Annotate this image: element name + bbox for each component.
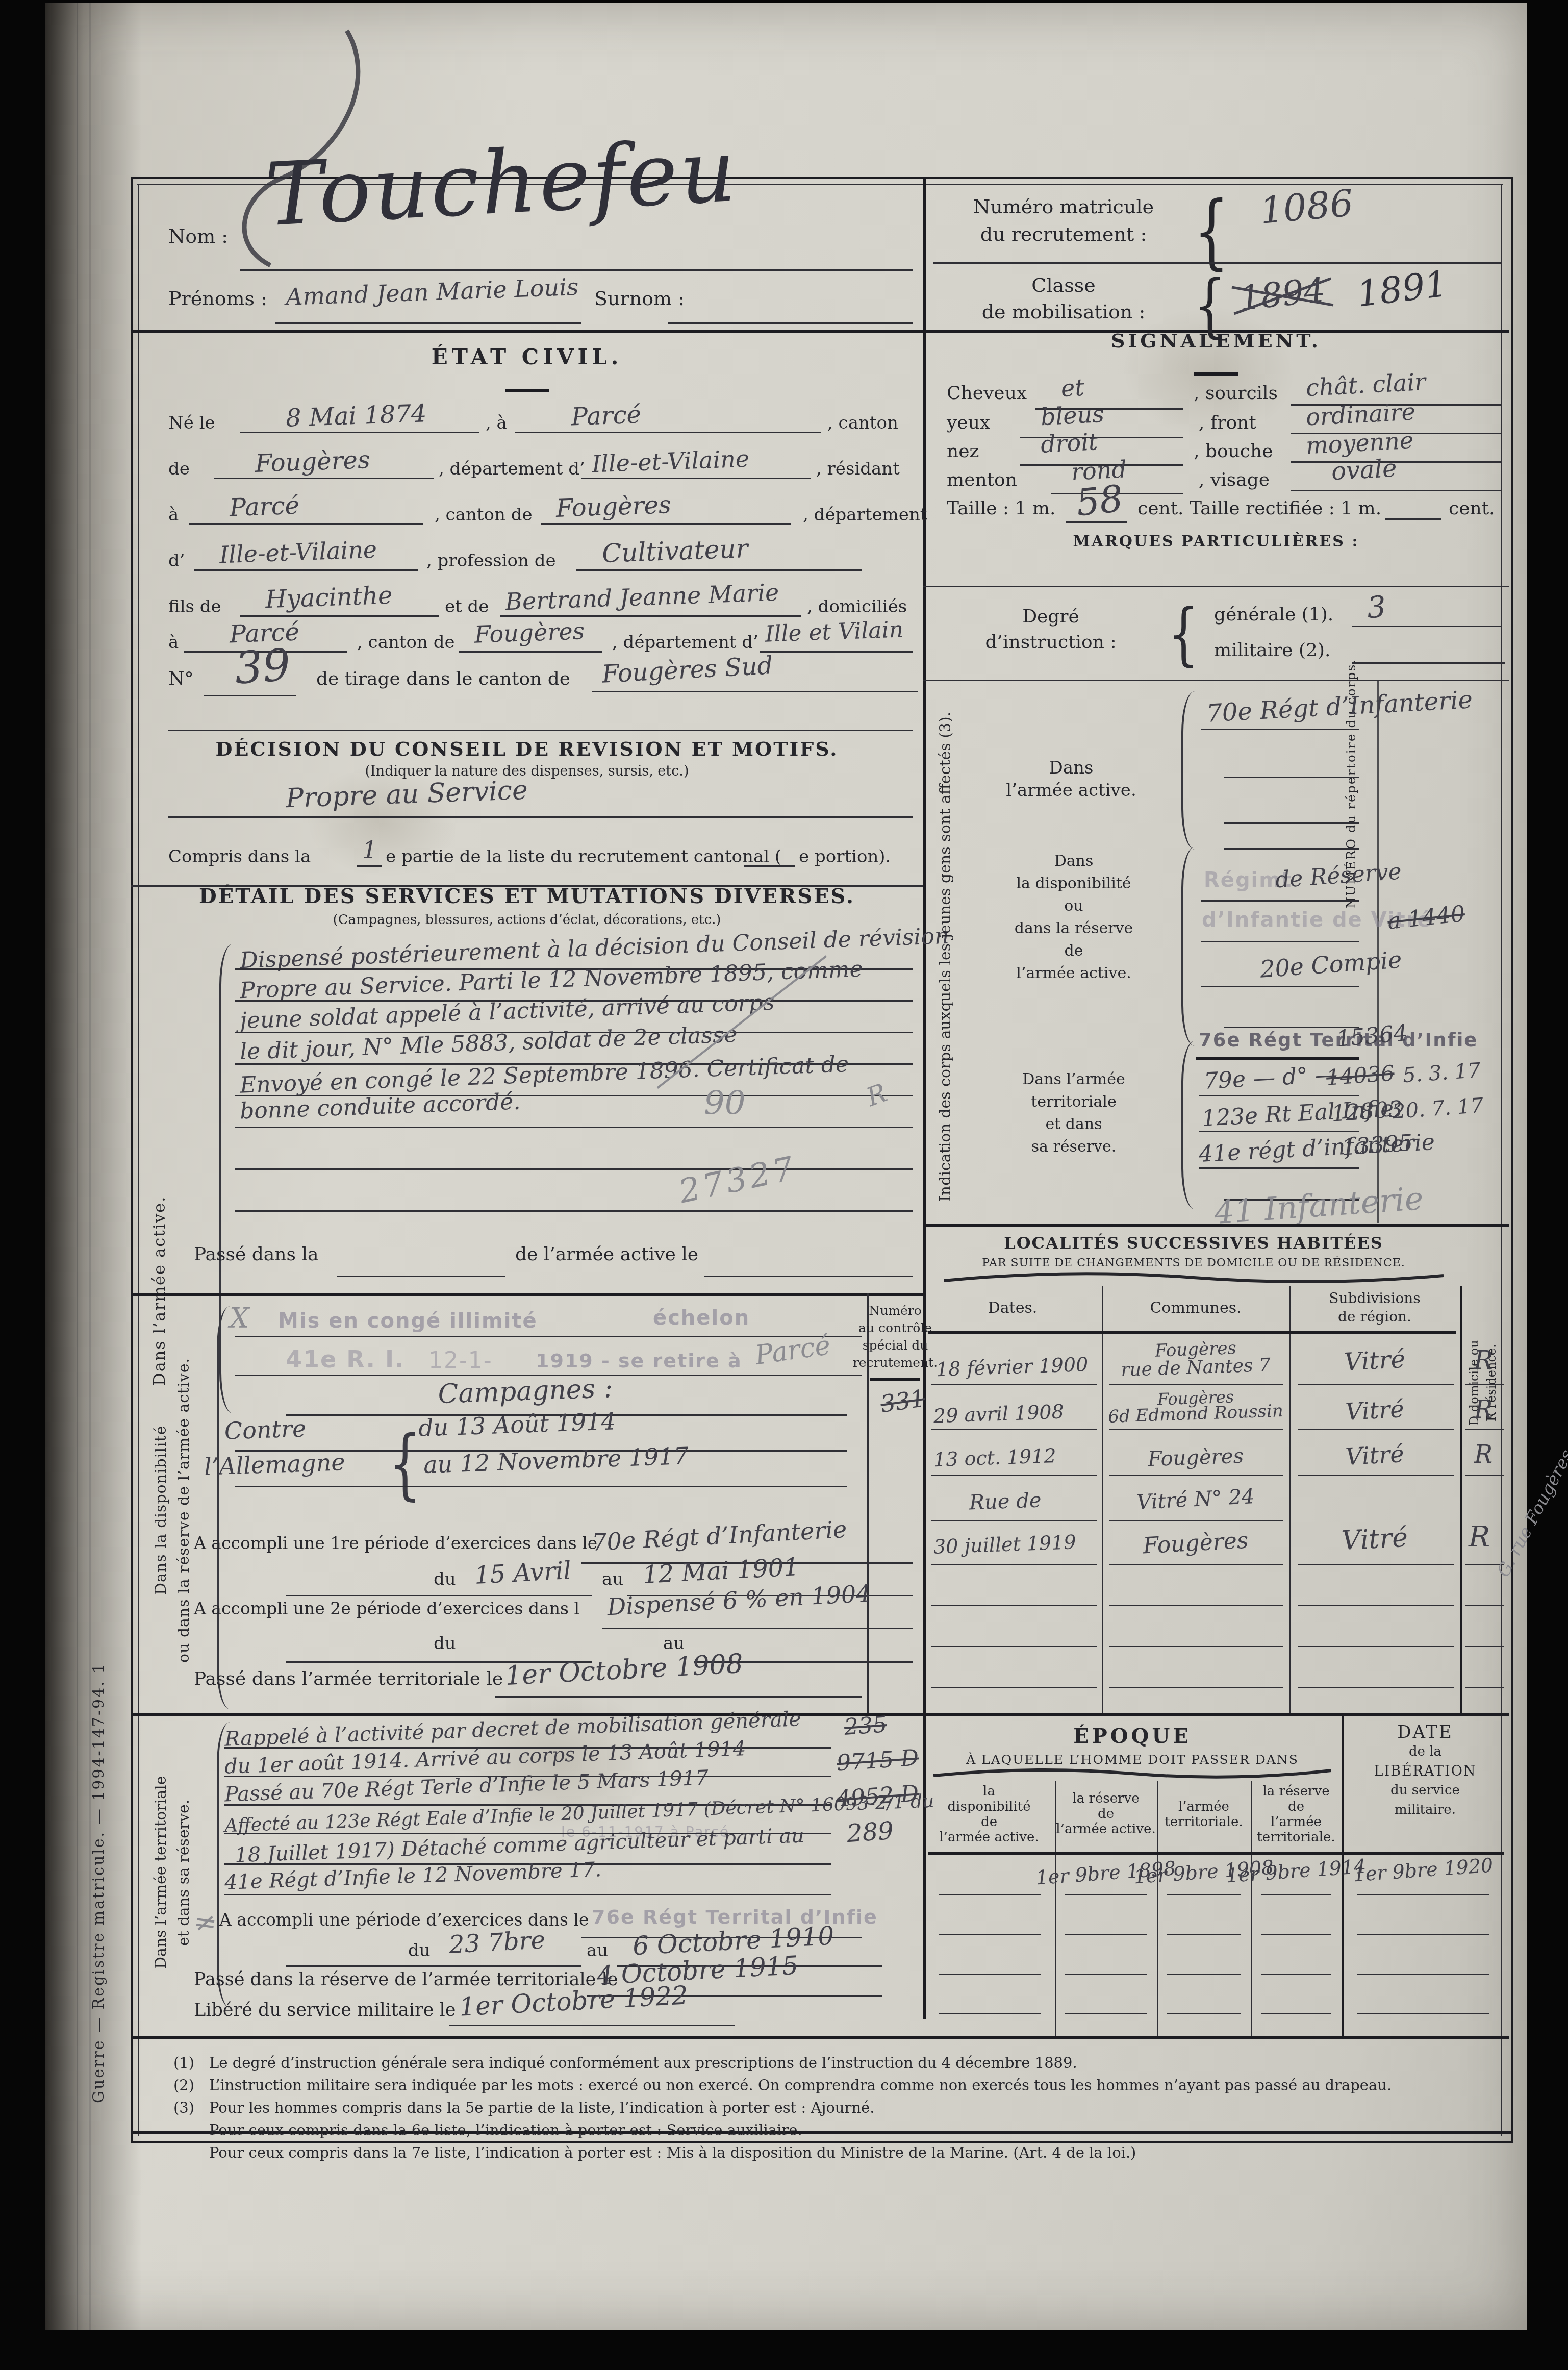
rule: [668, 322, 913, 324]
rule: [1465, 1646, 1504, 1647]
terr-number-41: 13395: [1341, 1131, 1414, 1160]
departement-2: Ille-et-Vilaine: [219, 537, 377, 567]
rule: [939, 2013, 1041, 2014]
label: , canton de: [435, 506, 533, 525]
residence: Parcé: [229, 493, 300, 521]
label: de: [168, 460, 190, 479]
departement: Ille-et-Vilaine: [591, 446, 750, 477]
row2-dr: R: [1474, 1397, 1493, 1423]
epoque-col4-4: territoriale.: [1257, 1831, 1335, 1844]
periode1-du-value: 15 Avril: [474, 1558, 572, 1588]
rule: [1224, 822, 1359, 824]
epoque-col2-2: de: [1098, 1807, 1114, 1821]
periode1-du-label: du: [434, 1570, 456, 1589]
rule: [1201, 729, 1359, 730]
etat-civil-title: ÉTAT CIVIL.: [432, 346, 623, 368]
epoque-col1-1: la: [983, 1785, 995, 1799]
matricule-label-line2: du recrutement :: [980, 224, 1147, 245]
label: , département: [803, 506, 927, 525]
rule: [1465, 1687, 1504, 1688]
brace: {: [1194, 189, 1229, 274]
rule: [495, 1696, 862, 1698]
localites-header-communes: Communes.: [1150, 1300, 1241, 1316]
rule: [1199, 1095, 1359, 1096]
epoque-col4-3: l’armée: [1271, 1815, 1322, 1829]
armee-active-label-1: Dans: [1049, 759, 1094, 778]
rule: [1352, 662, 1505, 664]
canton-2: Fougères: [555, 492, 671, 521]
section-divider-thick: [131, 1293, 923, 1296]
compris-value: 1: [362, 838, 377, 862]
margin-number-3-struck: 4952 D: [836, 1782, 920, 1811]
rule: [168, 816, 913, 818]
dispo-label-1: Dans: [1054, 853, 1094, 869]
libere-label: Libéré du service militaire le: [194, 2001, 456, 2020]
degre-label-2: d’instruction :: [985, 633, 1116, 652]
rule: [602, 1628, 913, 1629]
rule: [1385, 518, 1441, 520]
rule: [1261, 2013, 1331, 2014]
rule: [931, 1687, 1097, 1688]
birth-date: 8 Mai 1874: [285, 401, 427, 431]
pencil-x-mark: X: [230, 1304, 249, 1333]
page-edge-line: [77, 3, 78, 2330]
rule: [235, 1336, 862, 1337]
rule: [235, 1127, 913, 1128]
rule: [1109, 1520, 1283, 1521]
controle-label-2: au contrôle: [858, 1321, 932, 1335]
footnote-3-text: Pour les hommes compris dans la 5e parti…: [209, 2100, 874, 2115]
cheveux-label: Cheveux: [947, 384, 1027, 403]
rule: [1196, 1057, 1359, 1060]
bouche-label: , bouche: [1194, 442, 1273, 461]
degre-label-1: Degré: [1022, 607, 1079, 627]
epoque-col2-1: la réserve: [1072, 1792, 1139, 1806]
campagnes-title: Campagnes :: [438, 1375, 613, 1409]
rule: [286, 1965, 581, 1967]
terr-label-4: sa réserve.: [1031, 1139, 1117, 1155]
rule: [870, 1378, 920, 1381]
rule: [515, 432, 821, 433]
rule: [760, 651, 913, 653]
terr-label-2: territoriale: [1031, 1094, 1116, 1110]
echelon-stamp-text: échelon: [653, 1307, 750, 1329]
rule: [1224, 848, 1359, 850]
rule: [204, 695, 296, 696]
rule: [1065, 2013, 1147, 2014]
periode-terr-stamp: 76e Régt Territal d’Infie: [592, 1907, 878, 1928]
rule: [1066, 521, 1127, 523]
tirage-label: de tirage dans le canton de: [316, 669, 570, 689]
margin-number-1-struck: 235: [843, 1713, 888, 1739]
instruction-generale-value: 3: [1366, 591, 1387, 623]
regiment-faded: 41e R. I.: [286, 1347, 405, 1371]
label: à: [168, 634, 179, 652]
epoque-col1-3: de: [981, 1815, 997, 1829]
signature-flourish: [194, 20, 408, 306]
matricule-value-handwritten: 1086: [1258, 184, 1355, 230]
cent-label: cent.: [1449, 499, 1495, 518]
visage-label: , visage: [1199, 470, 1270, 490]
rule: [275, 322, 581, 324]
rule: [1199, 1131, 1359, 1132]
periode-terr-du-value: 23 7bre: [448, 1927, 546, 1958]
label: , profession de: [426, 552, 556, 570]
rule: [1357, 2013, 1489, 2014]
rule: [1465, 1384, 1504, 1385]
label: , canton de: [357, 634, 455, 652]
rule: [933, 262, 1501, 264]
scanned-register-page: Guerre — Registre matricule. — 1994-147-…: [0, 0, 1568, 2370]
tirage-number: 39: [233, 642, 292, 692]
dispo-label-5: de: [1065, 943, 1083, 959]
rule: [704, 1276, 913, 1277]
rule: [235, 1210, 913, 1212]
row5-commune: Fougères: [1143, 1529, 1249, 1558]
rule: [1109, 1564, 1283, 1565]
epoque-col1-4: l’armée active.: [939, 1831, 1039, 1844]
terr-label-1: Dans l’armée: [1022, 1071, 1125, 1088]
periode-terr-au: au: [587, 1942, 608, 1960]
marques-label: MARQUES PARTICULIÈRES :: [1073, 534, 1359, 550]
sourcils-label: , sourcils: [1194, 384, 1278, 403]
frame-inner-left: [138, 184, 139, 2136]
col-line: [1289, 1286, 1291, 1713]
passe-label-b: de l’armée active le: [515, 1245, 698, 1264]
yeux-label: yeux: [947, 413, 990, 433]
rule: [576, 569, 862, 571]
rule: [1465, 1429, 1504, 1430]
ornament-squiggle: [944, 1271, 1444, 1285]
localites-title: LOCALITÉS SUCCESSIVES HABITÉES: [1004, 1235, 1383, 1252]
side-label-territoriale-2: et dans sa réserve.: [176, 1730, 192, 2015]
footnote-1-text: Le degré d’instruction générale sera ind…: [209, 2055, 1077, 2070]
territoriale-label: Passé dans l’armée territoriale le: [194, 1669, 503, 1689]
row3-subdivision: Vitré: [1345, 1441, 1404, 1469]
classe-old-crossed: 1894: [1238, 272, 1327, 316]
footnote-2-number: (2): [173, 2078, 194, 2093]
controle-label-1: Numéro: [869, 1304, 921, 1317]
canton-3: Fougères: [474, 618, 585, 647]
menton-label: menton: [947, 470, 1017, 490]
footnote-1-number: (1): [173, 2055, 194, 2070]
reserve-terr-label: Passé dans la réserve de l’armée territo…: [194, 1970, 618, 1989]
rule: [1167, 1974, 1241, 1975]
label: et de: [445, 598, 489, 616]
rule: [1167, 2013, 1241, 2014]
rule: [235, 1486, 847, 1487]
epoque-col4-1: la réserve: [1262, 1785, 1329, 1799]
epoque-col-line: [1251, 1781, 1252, 2036]
rule: [931, 1605, 1097, 1606]
title-ornament: [505, 389, 549, 392]
rule: [1065, 1934, 1147, 1935]
footnote-4-text: Pour ceux compris dans la 6e liste, l’in…: [209, 2123, 802, 2138]
epoque-col3-2: territoriale.: [1165, 1815, 1243, 1829]
campagne-allemagne: l’Allemagne: [204, 1450, 345, 1479]
ornament-squiggle: [933, 1767, 1331, 1780]
rule: [1298, 1687, 1454, 1688]
side-label-territoriale-1: Dans l’armée territoriale: [153, 1730, 169, 2015]
father-name: Hyacinthe: [265, 583, 393, 613]
divider: [923, 680, 1509, 681]
brace: [1181, 691, 1196, 850]
compris-label-3: e portion).: [799, 848, 891, 866]
rule: [939, 1894, 1041, 1895]
rule: [1357, 1974, 1489, 1975]
rule: [744, 865, 795, 867]
rule: [1224, 777, 1359, 778]
rule: [1291, 490, 1501, 491]
campagne-contre: Contre: [224, 1416, 307, 1443]
brace: [1181, 847, 1196, 1046]
cheveux-value: et: [1060, 375, 1085, 401]
rule: [1201, 986, 1359, 987]
divider: [923, 586, 1509, 587]
periode1-label: A accompli une 1re période d’exercices d…: [194, 1535, 597, 1553]
date-col-title-3: LIBÉRATION: [1374, 1764, 1477, 1779]
row2-subdivision: Vitré: [1345, 1396, 1404, 1424]
rule: [1298, 1646, 1454, 1647]
margin-number-4: 289: [846, 1818, 894, 1847]
periode-terr-du: du: [408, 1942, 431, 1960]
services-subtitle: (Campagnes, blessures, actions d’éclat, …: [333, 913, 721, 927]
epoque-col-line: [1157, 1781, 1158, 2036]
epoque-subtitle: À LAQUELLE L’HOMME DOIT PASSER DANS: [966, 1753, 1299, 1766]
col-line: [1102, 1286, 1103, 1713]
rule: [224, 1894, 831, 1895]
label: d’: [168, 552, 185, 570]
rule: [1065, 1974, 1147, 1975]
rule: [1261, 1934, 1331, 1935]
main-column-divider: [923, 177, 926, 2019]
margin-number-2-struck: 9715 D: [836, 1746, 920, 1775]
rule: [541, 523, 791, 525]
taille-label: Taille : 1 m.: [947, 499, 1055, 518]
rule: [1261, 1894, 1331, 1895]
label: , domiciliés: [807, 598, 907, 616]
controle-label-4: recrutement.: [853, 1356, 938, 1369]
departement-3: Ille et Vilain: [765, 618, 903, 646]
bouche-value: moyenne: [1305, 428, 1414, 458]
birth-place: Parcé: [571, 402, 642, 430]
instruction-generale-label: générale (1).: [1214, 605, 1333, 625]
rule: [1065, 1894, 1147, 1895]
terr-date-79: 5. 3. 17: [1402, 1060, 1481, 1087]
rule: [168, 730, 913, 731]
rule: [931, 1384, 1097, 1385]
epoque-col2-3: l’armée active.: [1056, 1823, 1155, 1836]
periode1-au-label: au: [602, 1570, 623, 1589]
passe-label-a: Passé dans la: [194, 1245, 318, 1264]
localites-header-subdiv-2: de région.: [1338, 1309, 1411, 1324]
front-label: , front: [1199, 413, 1256, 433]
rule: [1201, 941, 1359, 942]
periode2-au-label: au: [663, 1635, 685, 1653]
epoque-title: ÉPOQUE: [1073, 1726, 1192, 1747]
row5-dr: R: [1469, 1523, 1490, 1553]
controle-label-3: spécial du: [863, 1339, 928, 1352]
rule: [931, 1429, 1097, 1430]
frame-inner-right: [1501, 184, 1502, 2136]
rule: [1109, 1646, 1283, 1647]
rule: [581, 478, 811, 479]
rule: [1298, 1475, 1454, 1476]
section-divider-thick: [131, 1713, 1509, 1716]
epoque-header-rule: [928, 1852, 1504, 1855]
epoque-col-line: [1055, 1781, 1056, 2036]
label: , à: [486, 414, 507, 433]
footnote-divider: [131, 2036, 1509, 2039]
services-title: DÉTAIL DES SERVICES ET MUTATIONS DIVERSE…: [199, 886, 855, 907]
periode2-label: A accompli une 2e période d’exercices da…: [194, 1600, 579, 1618]
armee-active-label-2: l’armée active.: [1006, 782, 1136, 800]
taille-rectifiee-label: cent. Taille rectifiée : 1 m.: [1137, 499, 1381, 518]
visage-value: ovale: [1331, 456, 1398, 485]
rule: [1357, 1894, 1489, 1895]
conge-stamp-text: Mis en congé illimité: [278, 1310, 538, 1332]
row3-dr: R: [1474, 1442, 1493, 1467]
col-line: [1460, 1286, 1462, 1713]
rule: [1298, 1429, 1454, 1430]
front-value: ordinaire: [1305, 399, 1416, 429]
rule: [1298, 1605, 1454, 1606]
footnote-5-text: Pour ceux compris dans la 7e liste, l’in…: [209, 2145, 1136, 2160]
date-col-title-1: DATE: [1397, 1724, 1453, 1742]
title-ornament: [1194, 372, 1238, 376]
header-double-rule: [928, 1331, 1456, 1334]
rule: [194, 569, 418, 571]
rule: [592, 691, 918, 692]
margin-imprint: Guerre — Registre matricule. — 1994-147-…: [91, 1531, 107, 2235]
footnote-3-number: (3): [173, 2100, 194, 2115]
retire-stamp-text: 1919 - se retire à: [536, 1351, 742, 1371]
campagne-du: du 13 Août 1914: [418, 1409, 616, 1440]
instruction-militaire-label: militaire (2).: [1214, 641, 1331, 660]
rule: [1201, 900, 1359, 902]
footnote-2-text: L’instruction militaire sera indiquée pa…: [209, 2078, 1392, 2093]
classe-label-line2: de mobilisation :: [982, 302, 1145, 322]
row5-subdivision: Vitré: [1341, 1524, 1408, 1555]
label: , département d’: [612, 634, 758, 652]
rule: [1199, 1167, 1359, 1169]
surnom-label: Surnom :: [594, 289, 685, 309]
nez-label: nez: [947, 442, 979, 461]
row3-date: 13 oct. 1912: [933, 1446, 1056, 1470]
localites-header-subdiv-1: Subdivisions: [1329, 1291, 1420, 1306]
localites-subtitle: PAR SUITE DE CHANGEMENTS DE DOMICILE OU …: [982, 1257, 1405, 1269]
nez-value: droit: [1040, 429, 1099, 457]
date-col-title-2: de la: [1409, 1745, 1441, 1759]
rule: [931, 1475, 1097, 1476]
rule: [500, 615, 801, 617]
sourcils-value: chât. clair: [1305, 369, 1426, 401]
rule: [1109, 1687, 1283, 1688]
dispo-label-3: ou: [1064, 898, 1083, 914]
rule: [1109, 1605, 1283, 1606]
taille-value: 58: [1074, 479, 1125, 522]
rule: [931, 1646, 1097, 1647]
compris-label-2: e partie de la liste du recrutement cant…: [386, 848, 781, 866]
rule: [1357, 1934, 1489, 1935]
label: Né le: [168, 414, 215, 433]
rule: [1109, 1475, 1283, 1476]
pencil-number-top: 90: [704, 1087, 745, 1121]
localites-header-dates: Dates.: [988, 1300, 1038, 1316]
compris-label: Compris dans la: [168, 848, 311, 866]
side-label-indication-corps: Indication des corps auxquels les jeunes…: [938, 694, 954, 1219]
rule: [939, 1974, 1041, 1975]
signalement-title: SIGNALEMENT.: [1111, 331, 1321, 351]
rule: [189, 523, 423, 525]
date-col-title-4: du service: [1390, 1784, 1460, 1798]
rule: [1465, 1475, 1504, 1476]
row1-subdivision: Vitré: [1344, 1346, 1406, 1376]
rule: [449, 2025, 735, 2026]
rule: [357, 865, 382, 867]
rule: [1298, 1384, 1454, 1385]
classe-label-line1: Classe: [1031, 276, 1095, 296]
prenoms-label: Prénoms :: [168, 289, 267, 309]
dispo-label-2: la disponibilité: [1016, 876, 1131, 892]
rule: [240, 432, 479, 433]
rule: [1167, 1934, 1241, 1935]
label: , canton: [827, 414, 898, 433]
rule: [1167, 1894, 1241, 1895]
rule: [1352, 626, 1501, 627]
controle-number-struck: 331: [879, 1386, 927, 1416]
epoque-col1-2: disponibilité: [947, 1800, 1030, 1814]
dispo-label-4: dans la réserve: [1015, 920, 1133, 937]
decision-title: DÉCISION DU CONSEIL DE REVISION ET MOTIF…: [216, 739, 839, 759]
periode2-du-label: du: [434, 1635, 456, 1653]
side-label-disponibilite-1: Dans la disponibilité: [153, 1306, 169, 1714]
terr-number-79: 14036: [1326, 1062, 1395, 1089]
label: , département d’: [439, 460, 585, 479]
label: , résidant: [816, 460, 900, 479]
label: à: [168, 506, 179, 525]
rule: [214, 478, 434, 479]
side-label-disponibilite-2: ou dans la réserve de l’armée active.: [176, 1306, 192, 1714]
localites-top-rule: [923, 1224, 1509, 1227]
row3-commune: Fougères: [1147, 1445, 1244, 1470]
matricule-label-line1: Numéro matricule: [973, 197, 1154, 217]
terr-label-3: et dans: [1045, 1116, 1102, 1133]
rule: [931, 1520, 1097, 1521]
epoque-col4-2: de: [1288, 1800, 1304, 1814]
date-col-title-5: militaire.: [1395, 1803, 1456, 1817]
row1-dr: R: [1474, 1347, 1493, 1374]
row5-date: 30 juillet 1919: [933, 1532, 1076, 1558]
yeux-value: bleus: [1040, 402, 1105, 430]
tirage-no-label: N°: [168, 669, 194, 689]
row4-date: Rue de: [969, 1490, 1042, 1514]
rule: [939, 1934, 1041, 1935]
canton: Fougères: [255, 447, 370, 477]
rule: [240, 615, 439, 617]
rule: [1261, 1974, 1331, 1975]
row2-date: 29 avril 1908: [933, 1402, 1064, 1427]
rule: [286, 1595, 592, 1596]
rule: [235, 1168, 913, 1170]
label: fils de: [168, 598, 221, 616]
dispo-label-6: l’armée active.: [1016, 965, 1131, 982]
rule: [1109, 1429, 1283, 1430]
date-faded: 12-1-: [428, 1349, 493, 1373]
epoque-col3-1: l’armée: [1178, 1800, 1229, 1814]
rule: [459, 651, 602, 653]
rule: [931, 1564, 1097, 1565]
